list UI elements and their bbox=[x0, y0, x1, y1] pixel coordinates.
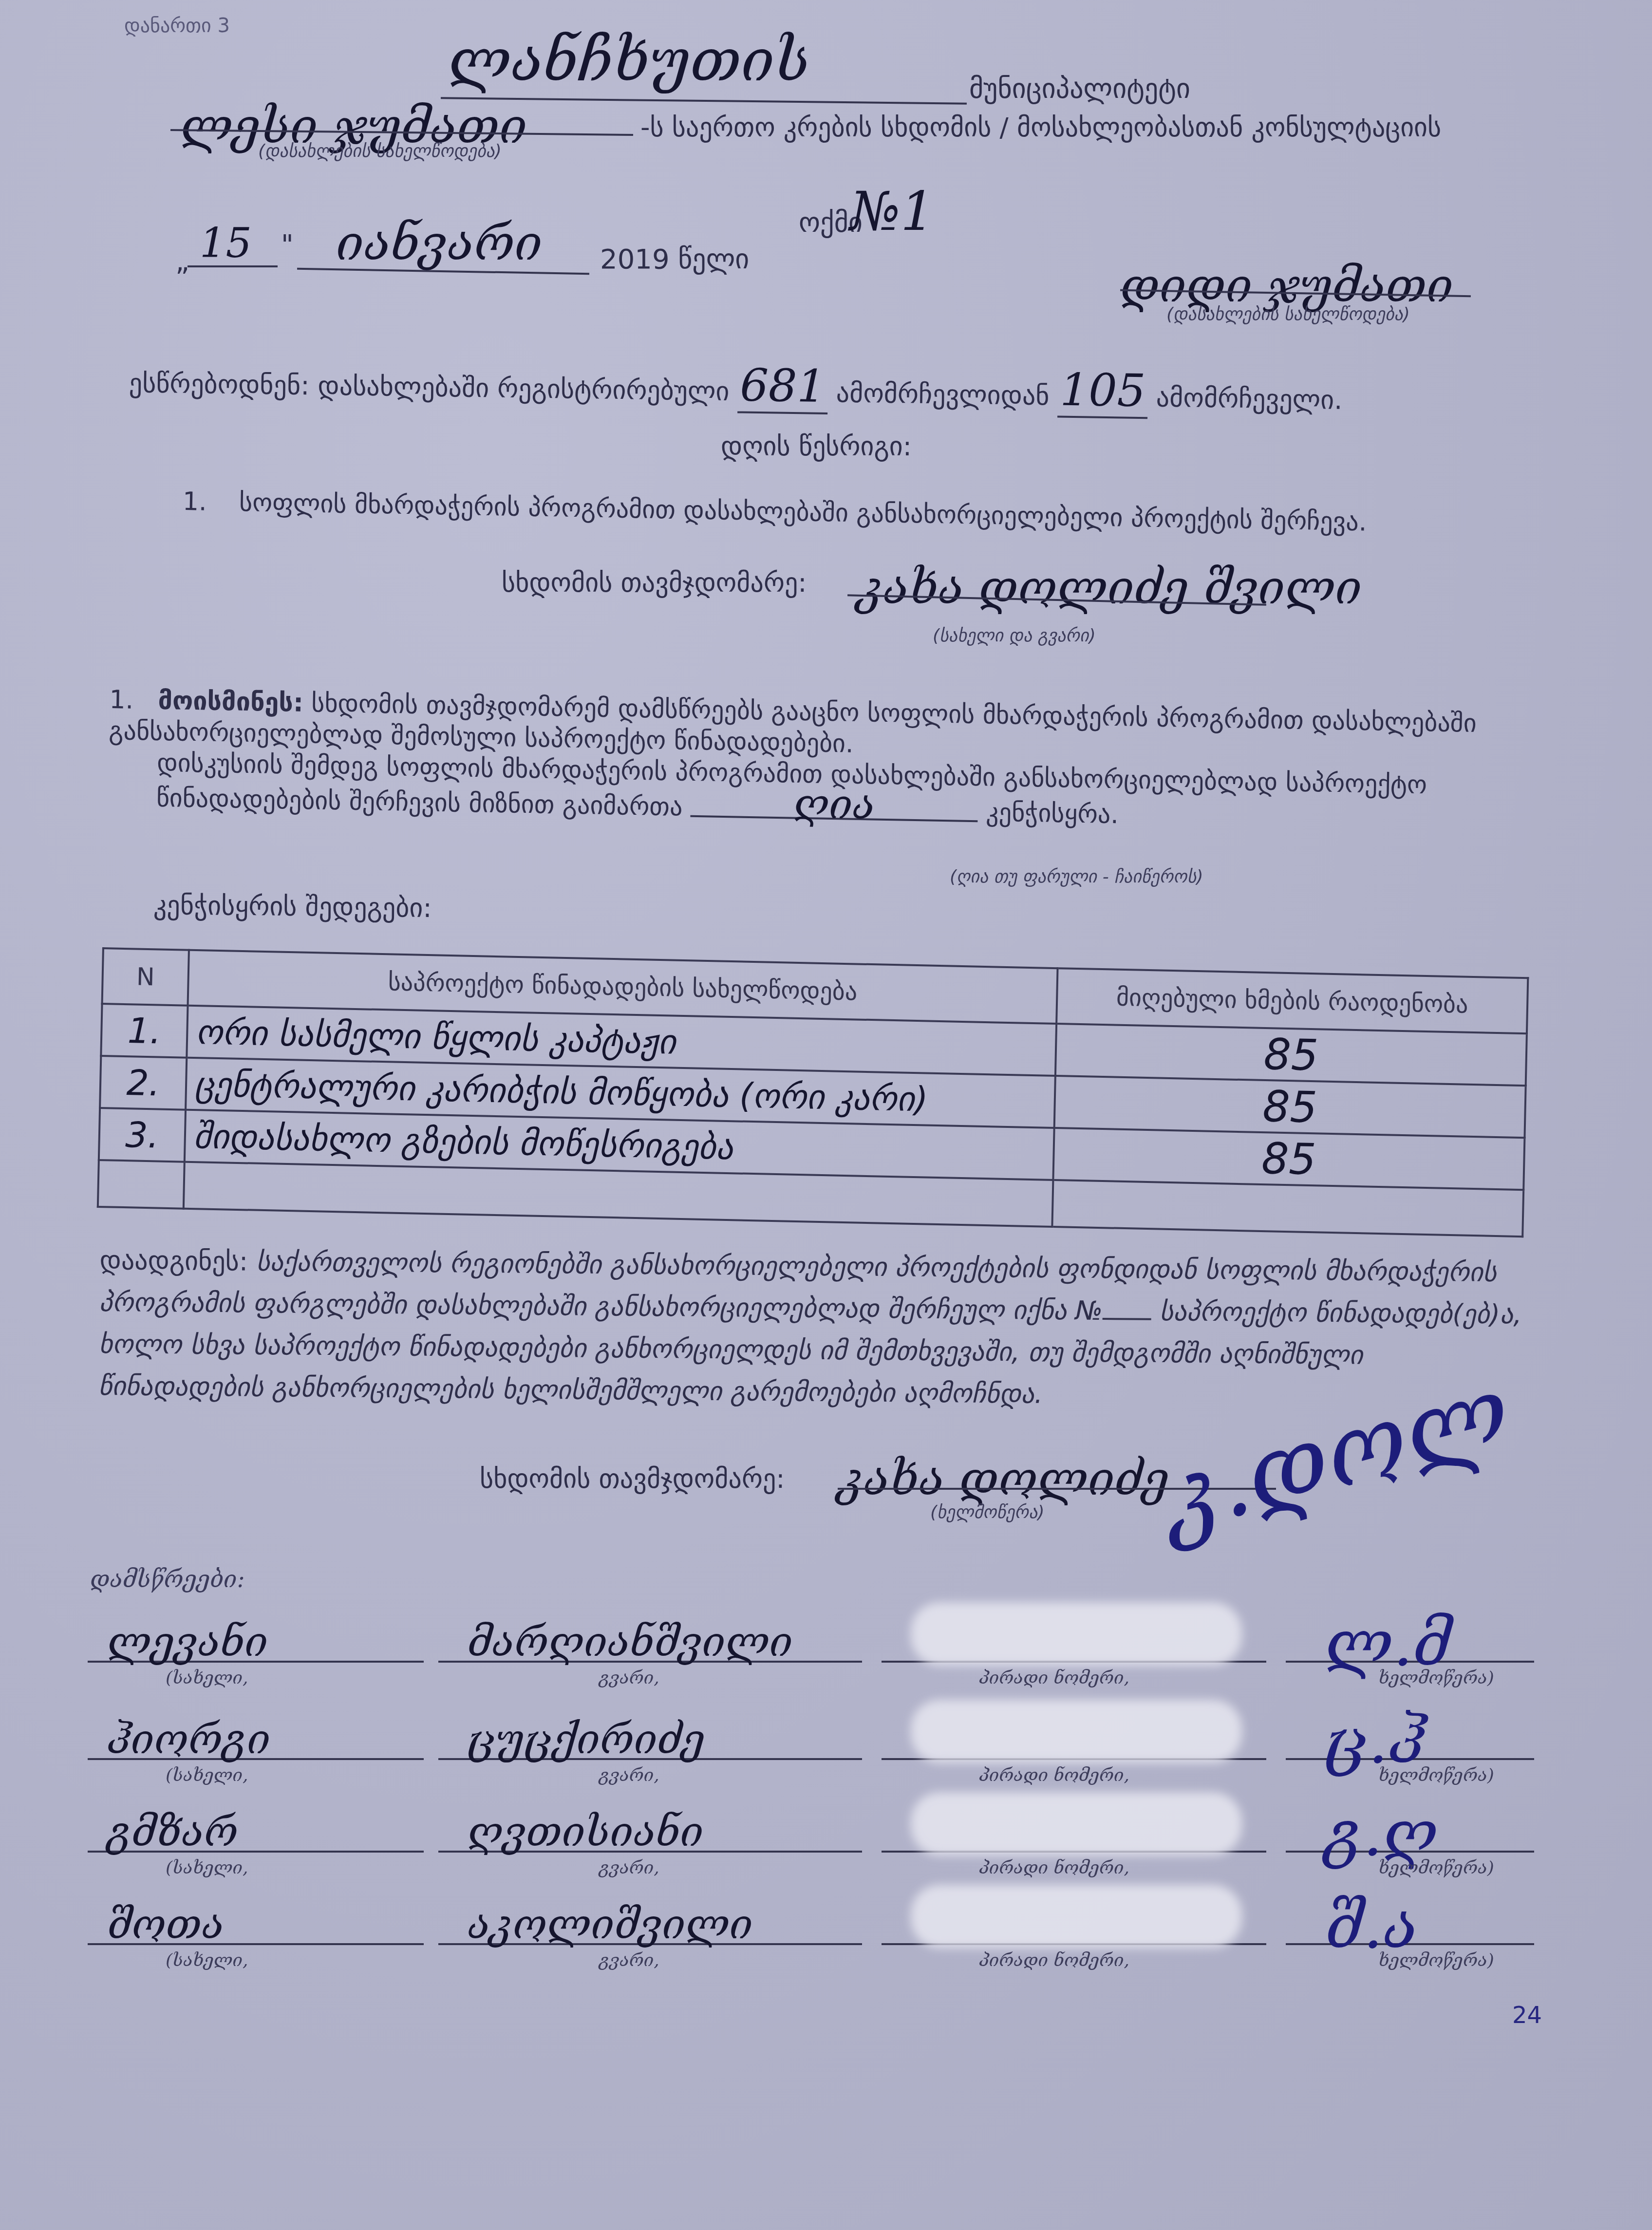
present-voters: 105 bbox=[1057, 364, 1148, 419]
redacted-id bbox=[911, 1792, 1242, 1855]
signer-row: შოთა აკოლიშვილი შ.ა (სახელი, გვარი, პირა… bbox=[88, 1890, 1539, 1972]
settlement-caption: (დასახლების სახელწოდება) bbox=[258, 141, 502, 161]
signer-last-name-field: ცუცქირიძე bbox=[438, 1705, 862, 1760]
attendance-suffix: ამომრჩეველი. bbox=[1156, 382, 1342, 415]
signer-signature-field: ლ.მ bbox=[1286, 1607, 1534, 1663]
caption-id: პირადი ნომერი, bbox=[979, 1950, 1129, 1970]
caption-first-name: (სახელი, bbox=[166, 1668, 248, 1688]
signer-id-field bbox=[882, 1890, 1266, 1945]
annex-label: დანართი 3 bbox=[124, 15, 230, 37]
page-number: 24 bbox=[1512, 2002, 1542, 2029]
caption-signature: ხელმოწერა) bbox=[1378, 1668, 1494, 1688]
col-votes: მიღებული ხმების რაოდენობა bbox=[1056, 968, 1528, 1033]
attendance-prefix: ესწრებოდნენ: დასახლებაში რეგისტრირებული bbox=[129, 368, 729, 407]
signer-last-name-field: ღვთისიანი bbox=[438, 1797, 862, 1853]
heard-text-1: სხდომის თავმჯდომარემ დამსწრეებს გააცნო ს… bbox=[109, 689, 1477, 758]
vote-method: ღია bbox=[691, 788, 978, 822]
col-number: N bbox=[102, 948, 189, 1006]
date-day: 15 bbox=[200, 219, 252, 267]
row-votes bbox=[1052, 1180, 1523, 1237]
signer-signature-field: გ.ღ bbox=[1286, 1797, 1534, 1853]
agenda-item: 1. სოფლის მხარდაჭერის პროგრამით დასახლებ… bbox=[182, 487, 1367, 537]
caption-id: პირადი ნომერი, bbox=[979, 1668, 1129, 1688]
chairman-sign-caption: (ხელმოწერა) bbox=[930, 1502, 1044, 1522]
heard-text-3: კენჭისყრა. bbox=[986, 798, 1119, 829]
caption-last-name: გვარი, bbox=[599, 1858, 659, 1878]
resolution-label: დაადგინეს: bbox=[99, 1245, 248, 1277]
signer-first-name-field: ლევანი bbox=[88, 1607, 424, 1663]
caption-first-name: (სახელი, bbox=[166, 1858, 248, 1878]
date-year: 2019 წელი bbox=[600, 244, 749, 275]
results-table: N საპროექტო წინადადების სახელწოდება მიღე… bbox=[97, 947, 1529, 1237]
signer-last-name: აკოლიშვილი bbox=[468, 1900, 753, 1948]
redacted-id bbox=[911, 1700, 1242, 1763]
row-number bbox=[98, 1160, 185, 1209]
date-day-line bbox=[188, 265, 278, 267]
redacted-id bbox=[911, 1602, 1242, 1666]
caption-first-name: (სახელი, bbox=[166, 1950, 248, 1970]
caption-id: პირადი ნომერი, bbox=[979, 1765, 1129, 1785]
caption-last-name: გვარი, bbox=[599, 1765, 659, 1785]
signer-row: ჰიორგი ცუცქირიძე ც.ჰ (სახელი, გვარი, პირ… bbox=[88, 1705, 1539, 1787]
signer-row: გმზარ ღვთისიანი გ.ღ (სახელი, გვარი, პირა… bbox=[88, 1797, 1539, 1880]
signer-last-name-field: მარღიანშვილი bbox=[438, 1607, 862, 1663]
chairman-label: სხდომის თავმჯდომარე: bbox=[502, 567, 807, 598]
quote-open: „ bbox=[175, 246, 189, 278]
meeting-type: -ს საერთო კრების სხდომის / მოსახლეობასთა… bbox=[640, 112, 1441, 143]
signer-last-name: მარღიანშვილი bbox=[468, 1618, 793, 1666]
chairman-sign-label: სხდომის თავმჯდომარე: bbox=[480, 1463, 785, 1494]
row-votes: 85 bbox=[1055, 1024, 1527, 1086]
caption-signature: ხელმოწერა) bbox=[1378, 1765, 1494, 1785]
caption-last-name: გვარი, bbox=[599, 1668, 659, 1688]
agenda-title: დღის წესრიგი: bbox=[721, 431, 912, 462]
date-month: იანვარი bbox=[336, 214, 543, 271]
signer-first-name: გმზარ bbox=[107, 1808, 238, 1855]
signer-signature-field: ც.ჰ bbox=[1286, 1705, 1534, 1760]
chairman-sign-name: კახა დოლიძე bbox=[838, 1451, 1169, 1506]
caption-last-name: გვარი, bbox=[599, 1950, 659, 1970]
signer-first-name: ჰიორგი bbox=[107, 1715, 270, 1763]
attendance-middle: ამომრჩევლიდან bbox=[836, 377, 1050, 411]
caption-signature: ხელმოწერა) bbox=[1378, 1950, 1494, 1970]
protocol-number: №1 bbox=[850, 180, 935, 243]
signer-id-field bbox=[882, 1607, 1266, 1663]
caption-signature: ხელმოწერა) bbox=[1378, 1858, 1494, 1878]
row-number: 3. bbox=[99, 1108, 186, 1162]
heard-index: 1. bbox=[109, 684, 158, 716]
attendance-line: ესწრებოდნენ: დასახლებაში რეგისტრირებული … bbox=[129, 351, 1343, 422]
place-caption: (დასახლების სახელწოდება) bbox=[1166, 304, 1410, 324]
registered-voters: 681 bbox=[737, 359, 828, 414]
row-number: 1. bbox=[101, 1004, 188, 1058]
results-title: კენჭისყრის შედეგები: bbox=[153, 890, 432, 923]
municipality-name: ლანჩხუთის bbox=[448, 27, 810, 94]
signer-row: ლევანი მარღიანშვილი ლ.მ (სახელი, გვარი, … bbox=[88, 1607, 1539, 1690]
redacted-id bbox=[911, 1885, 1242, 1948]
signer-first-name: ლევანი bbox=[107, 1618, 268, 1666]
signer-signature-field: შ.ა bbox=[1286, 1890, 1534, 1945]
signer-first-name-field: ჰიორგი bbox=[88, 1705, 424, 1760]
signer-last-name: ღვთისიანი bbox=[468, 1808, 703, 1855]
row-votes: 85 bbox=[1054, 1076, 1526, 1138]
selected-number-blank bbox=[1103, 1318, 1151, 1320]
agenda-item-text: სოფლის მხარდაჭერის პროგრამით დასახლებაში… bbox=[239, 488, 1367, 537]
signer-first-name-field: შოთა bbox=[88, 1890, 424, 1945]
signer-last-name-field: აკოლიშვილი bbox=[438, 1890, 862, 1945]
signer-first-name: შოთა bbox=[107, 1900, 224, 1948]
signer-first-name-field: გმზარ bbox=[88, 1797, 424, 1853]
chairman-caption: (სახელი და გვარი) bbox=[933, 626, 1096, 646]
chairman-name: კახა დოლიძე შვილი bbox=[857, 560, 1362, 615]
caption-id: პირადი ნომერი, bbox=[979, 1858, 1129, 1878]
municipality-label: მუნიციპალიტეტი bbox=[969, 73, 1190, 105]
quote-close: " bbox=[281, 229, 294, 261]
signer-last-name: ცუცქირიძე bbox=[468, 1715, 705, 1763]
signers-title: დამსწრეები: bbox=[90, 1566, 245, 1593]
signer-id-field bbox=[882, 1797, 1266, 1853]
row-votes: 85 bbox=[1053, 1128, 1524, 1190]
signer-id-field bbox=[882, 1705, 1266, 1760]
caption-first-name: (სახელი, bbox=[166, 1765, 248, 1785]
heard-section: 1.მოისმინეს: სხდომის თავმჯდომარემ დამსწრ… bbox=[107, 684, 1541, 838]
resolution-section: დაადგინეს: საქართველოს რეგიონებში განსახ… bbox=[98, 1239, 1537, 1420]
heard-label: მოისმინეს: bbox=[158, 686, 303, 718]
vote-method-caption: (ღია თუ ფარული - ჩაიწეროს) bbox=[950, 867, 1203, 887]
row-number: 2. bbox=[100, 1056, 187, 1110]
agenda-item-index: 1. bbox=[182, 487, 207, 517]
